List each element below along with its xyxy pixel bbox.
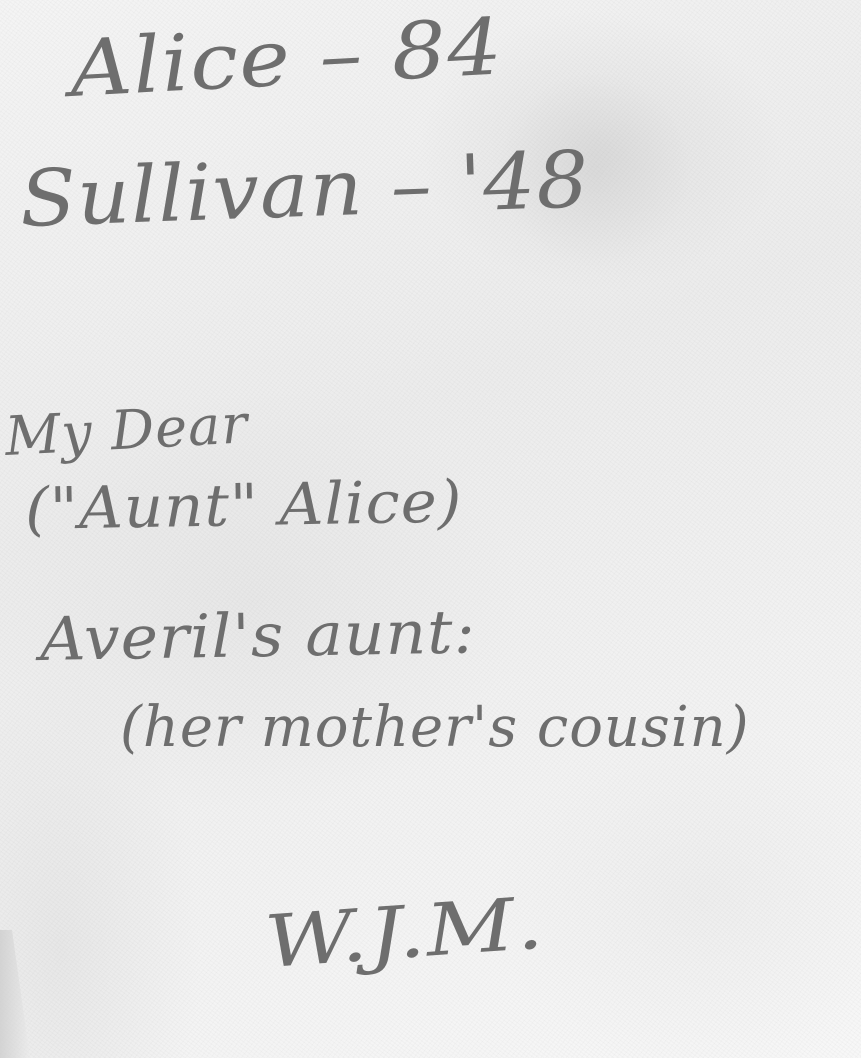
greeting-text: My Dear xyxy=(3,392,249,468)
nickname-text: ("Aunt" Alice) xyxy=(24,467,463,543)
relation-text: Averil's aunt: xyxy=(39,597,476,675)
relation-note-text: (her mother's cousin) xyxy=(120,695,750,760)
